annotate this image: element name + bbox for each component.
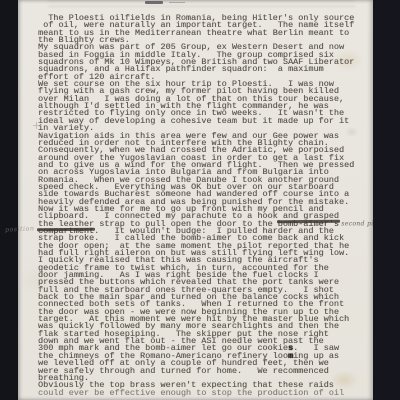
text-line: could ever be effective enough to stop t… bbox=[38, 390, 370, 397]
ink-smudge-mark bbox=[145, 1, 163, 4]
scanned-page-photo: The Ploesti oilfields in Romania, being … bbox=[0, 0, 400, 400]
scan-background-right bbox=[373, 0, 400, 400]
page-text: The Ploesti oilfields in Romania, being … bbox=[38, 15, 370, 397]
handwritten-margin-annotation: position bbox=[5, 225, 35, 234]
bleed-through-text bbox=[48, 0, 355, 11]
scan-background-left bbox=[0, 0, 18, 400]
paper-page: The Ploesti oilfields in Romania, being … bbox=[18, 0, 373, 400]
struck-out-text: compartment bbox=[38, 226, 94, 236]
struck-out-text: bomb-aimer's bbox=[278, 219, 339, 229]
